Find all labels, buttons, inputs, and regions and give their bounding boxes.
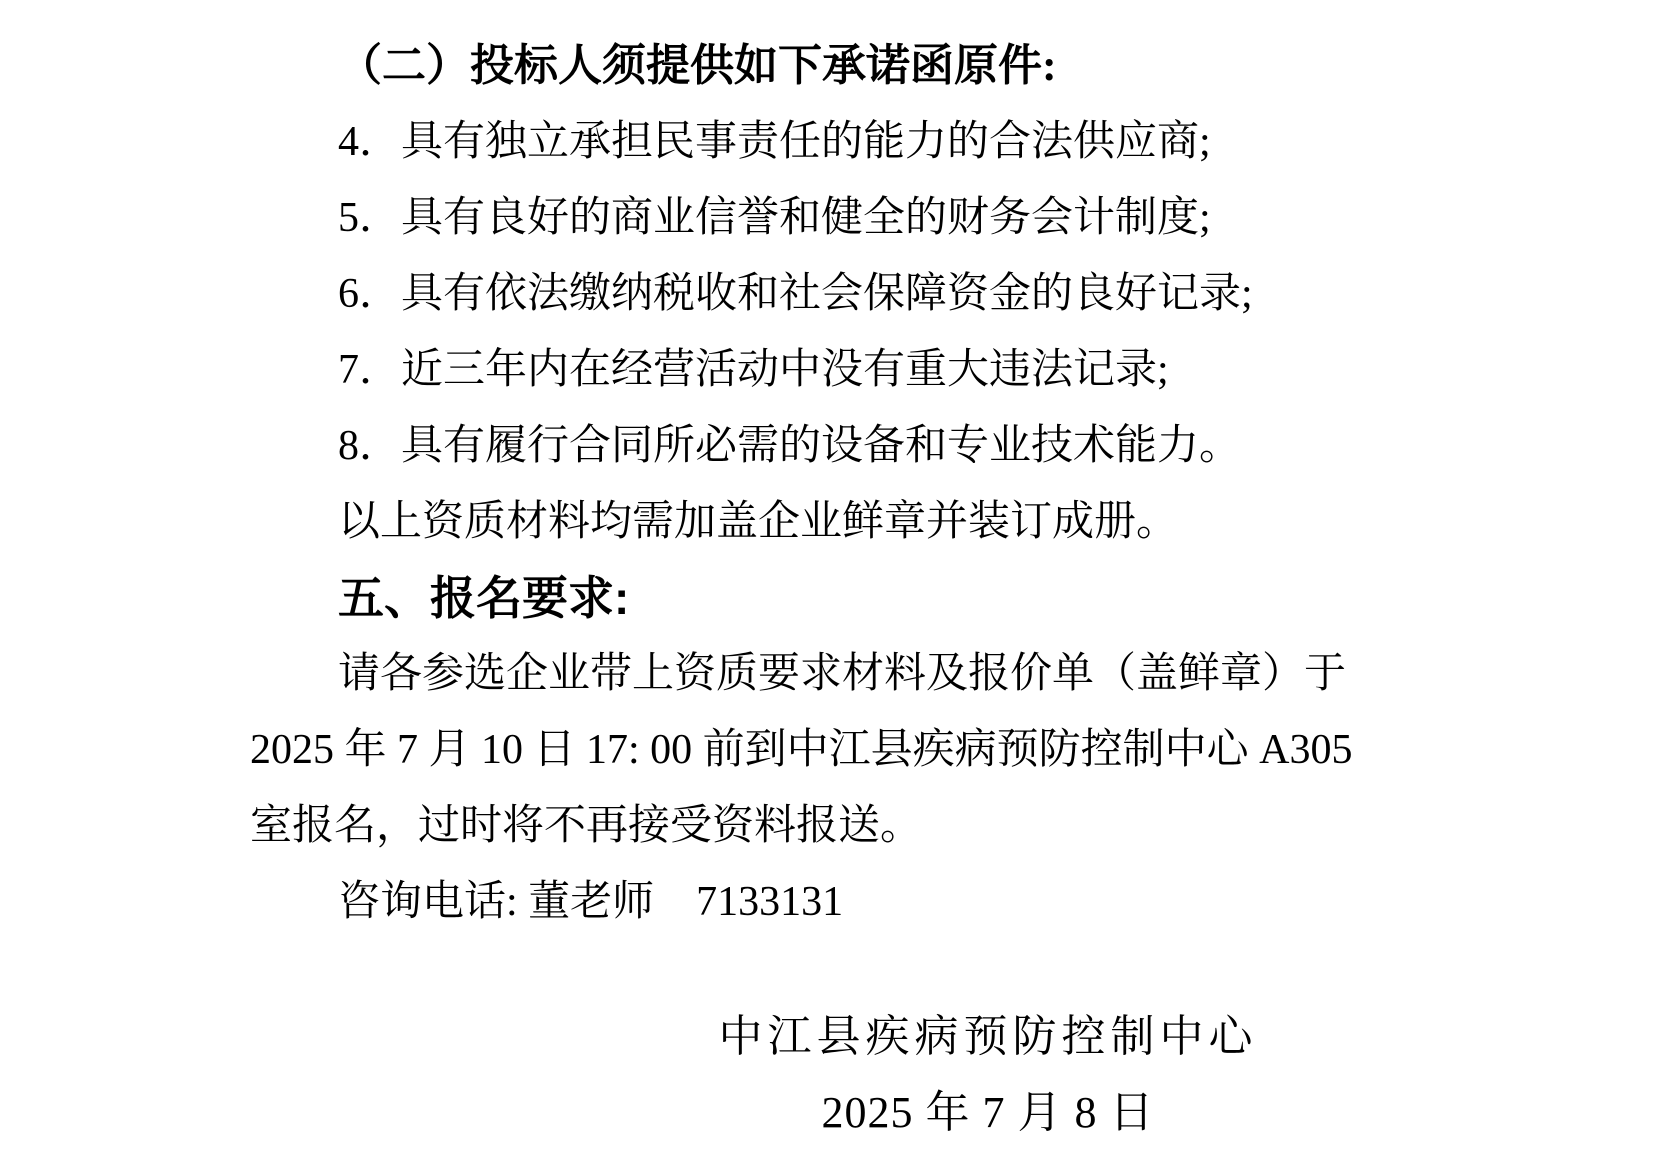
registration-paragraph-line-3: 室报名，过时将不再接受资料报送。 [250,788,1400,864]
document-page: （二）投标人须提供如下承诺函原件: 4．具有独立承担民事责任的能力的合法供应商;… [0,0,1654,1176]
section-5-heading: 五、报名要求: [250,560,1400,636]
materials-seal-note: 以上资质材料均需加盖企业鲜章并装订成册。 [250,484,1400,560]
requirement-item-5: 5．具有良好的商业信誉和健全的财务会计制度; [250,180,1400,256]
section-2-heading: （二）投标人须提供如下承诺函原件: [250,28,1400,104]
requirement-item-6: 6．具有依法缴纳税收和社会保障资金的良好记录; [250,256,1400,332]
signature-date: 2025 年 7 月 8 日 [576,1075,1400,1151]
requirement-item-4: 4．具有独立承担民事责任的能力的合法供应商; [250,104,1400,180]
requirement-item-8: 8．具有履行合同所必需的设备和专业技术能力。 [250,408,1400,484]
registration-paragraph-line-1: 请各参选企业带上资质要求材料及报价单（盖鲜章）于 [250,636,1400,712]
signature-block: 中江县疾病预防控制中心 2025 年 7 月 8 日 [250,999,1400,1151]
contact-phone-line: 咨询电话: 董老师 7133131 [250,864,1400,940]
requirement-item-7: 7．近三年内在经营活动中没有重大违法记录; [250,332,1400,408]
signature-organization: 中江县疾病预防控制中心 [576,999,1400,1075]
registration-paragraph-line-2: 2025 年 7 月 10 日 17: 00 前到中江县疾病预防控制中心 A30… [250,712,1400,788]
